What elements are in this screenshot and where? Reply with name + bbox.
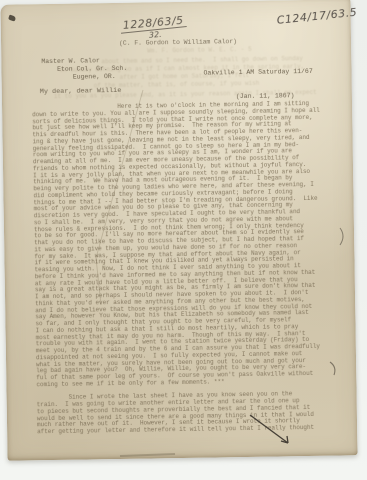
- recipient-address: Master W. Calor Eton Col. Gr. Sch. Eugen…: [41, 57, 127, 82]
- text-line: Eugene, OR.: [42, 72, 128, 81]
- letter-body: Here it is two o'clock in the morning an…: [32, 100, 349, 436]
- scanned-letter-screenshot: { "annotations": { "top_center_code": "1…: [0, 0, 367, 480]
- letter-paper: 1228/63/5 32. C124/17/63.5 (C. F. Gordon…: [0, 0, 357, 461]
- corner-ink-mark: [8, 15, 16, 22]
- dateline-place-time: Oakville 1 AM Saturday 11/67: [203, 68, 312, 78]
- salutation: My dear, dear Willie: [40, 87, 122, 96]
- archive-code-right: C124/17/63.5: [276, 6, 357, 27]
